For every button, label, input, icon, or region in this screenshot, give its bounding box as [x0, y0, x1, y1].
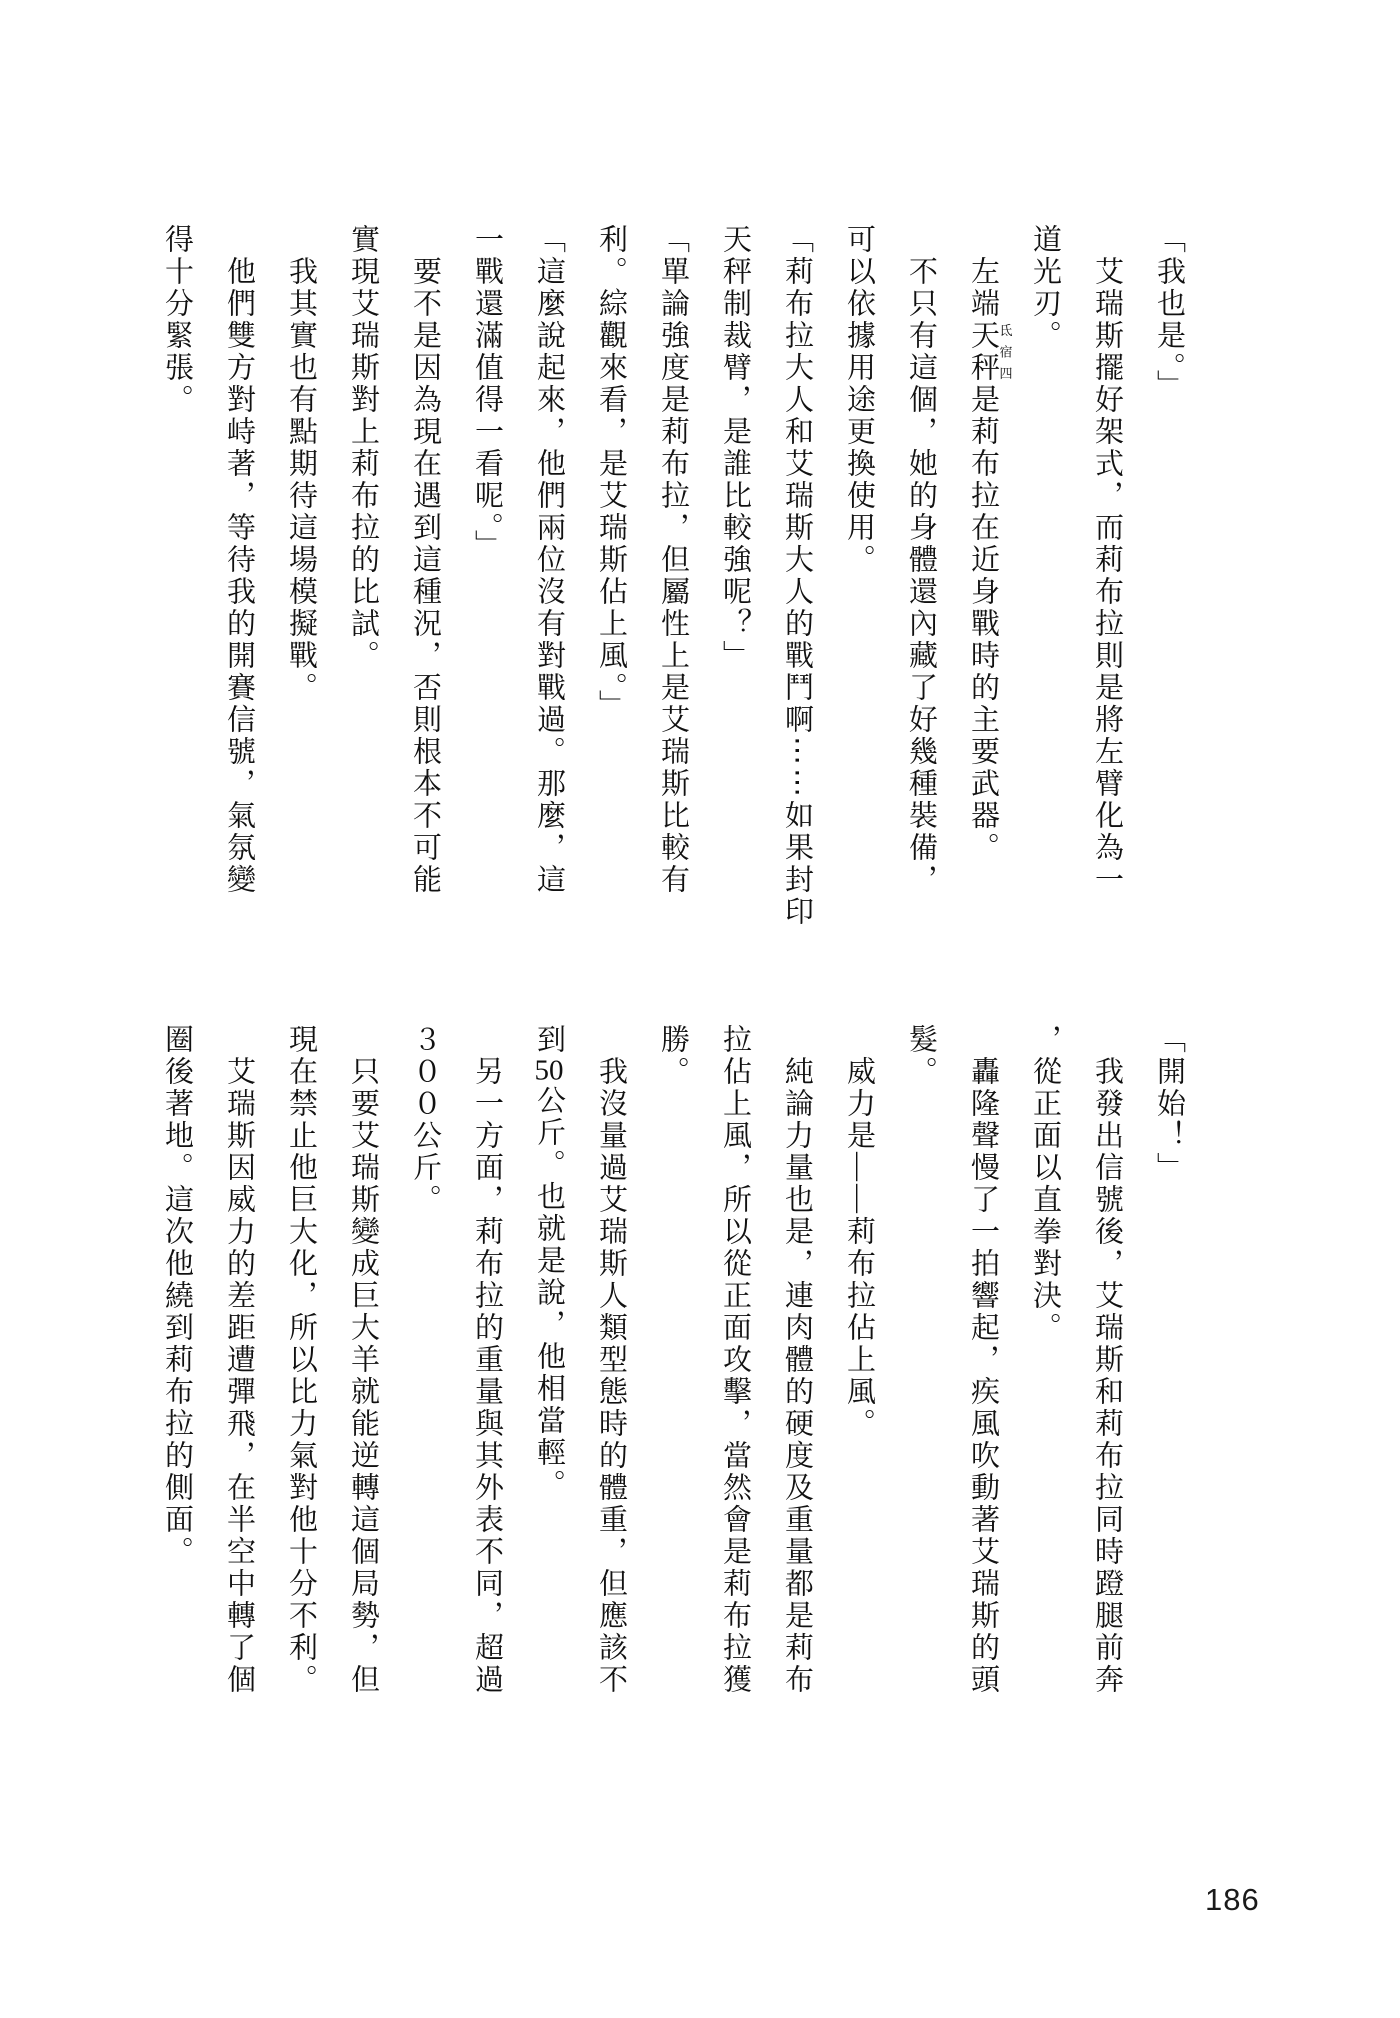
text-column: 另一方面，莉布拉的重量與其外表不同，超過 [456, 1024, 518, 1768]
text-block-top: 「我也是。」艾瑞斯擺好架式，而莉布拉則是將左臂化為一道光刃。左端天秤氐宿四是莉布… [146, 224, 1200, 936]
text-column: 威力是——莉布拉佔上風。 [828, 1024, 890, 1768]
text-column: 「開始！」 [1138, 1024, 1200, 1736]
text-column: 一戰還滿值得一看呢。」 [456, 224, 518, 936]
horizontal-in-vertical-number: 50 [533, 1056, 565, 1085]
text-column: 「這麼說起來，他們兩位沒有對戰過。那麼，這 [518, 224, 580, 936]
text-column: 利。綜觀來看，是艾瑞斯佔上風。」 [580, 224, 642, 936]
text-column: ３００公斤。 [394, 1024, 456, 1736]
text-column: 可以依據用途更換使用。 [828, 224, 890, 936]
text-column: 他們雙方對峙著，等待我的開賽信號，氣氛變 [208, 224, 270, 968]
book-page: { "page": { "number": "186", "background… [0, 0, 1400, 2018]
text-column: ，從正面以直拳對決。 [1014, 1024, 1076, 1736]
text-column: 我其實也有點期待這場模擬戰。 [270, 224, 332, 968]
text-column: 純論力量也是，連肉體的硬度及重量都是莉布 [766, 1024, 828, 1768]
text-column: 艾瑞斯擺好架式，而莉布拉則是將左臂化為一 [1076, 224, 1138, 968]
text-column: 得十分緊張。 [146, 224, 208, 936]
page-number: 186 [1205, 1882, 1260, 1918]
text-column: 天秤制裁臂，是誰比較強呢？」 [704, 224, 766, 936]
text-column: 「我也是。」 [1138, 224, 1200, 936]
text-column: 圈後著地。這次他繞到莉布拉的側面。 [146, 1024, 208, 1736]
text-column: 只要艾瑞斯變成巨大羊就能逆轉這個局勢，但 [332, 1024, 394, 1768]
text-column: 拉佔上風，所以從正面攻擊，當然會是莉布拉獲 [704, 1024, 766, 1736]
text-column: 要不是因為現在遇到這種況，否則根本不可能 [394, 224, 456, 968]
text-column: 艾瑞斯因威力的差距遭彈飛，在半空中轉了個 [208, 1024, 270, 1768]
text-column: 我發出信號後，艾瑞斯和莉布拉同時蹬腿前奔 [1076, 1024, 1138, 1768]
text-column: 勝。 [642, 1024, 704, 1736]
text-column: 實現艾瑞斯對上莉布拉的比試。 [332, 224, 394, 936]
text-column: 道光刃。 [1014, 224, 1076, 936]
ruby-annotation: 天秤氐宿四 [967, 320, 999, 384]
text-column: 現在禁止他巨大化，所以比力氣對他十分不利。 [270, 1024, 332, 1736]
text-column: 「單論強度是莉布拉，但屬性上是艾瑞斯比較有 [642, 224, 704, 936]
text-column: 髮。 [890, 1024, 952, 1736]
text-column: 「莉布拉大人和艾瑞斯大人的戰鬥啊⋯⋯如果封印 [766, 224, 828, 936]
text-column: 左端天秤氐宿四是莉布拉在近身戰時的主要武器。 [952, 224, 1014, 968]
text-column: 轟隆聲慢了一拍響起，疾風吹動著艾瑞斯的頭 [952, 1024, 1014, 1768]
text-column: 不只有這個，她的身體還內藏了好幾種裝備， [890, 224, 952, 968]
text-column: 到50公斤。也就是說，他相當輕。 [518, 1024, 580, 1736]
text-column: 我沒量過艾瑞斯人類型態時的體重，但應該不 [580, 1024, 642, 1768]
text-block-bottom: 「開始！」我發出信號後，艾瑞斯和莉布拉同時蹬腿前奔，從正面以直拳對決。轟隆聲慢了… [146, 1024, 1200, 1736]
